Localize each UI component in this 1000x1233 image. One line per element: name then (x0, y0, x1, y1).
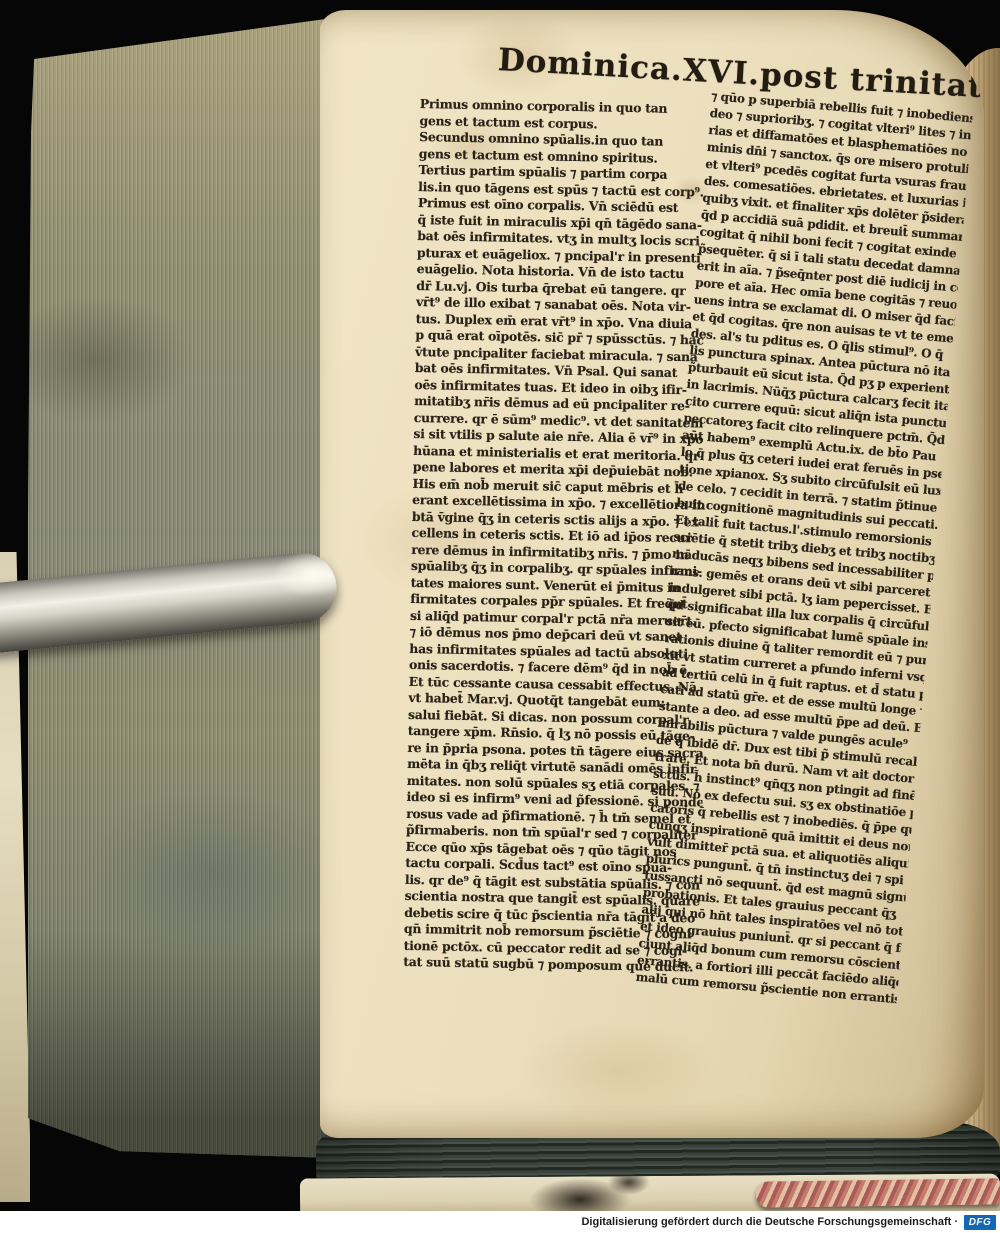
digitization-footer: Digitalisierung gefördert durch die Deut… (0, 1211, 1000, 1233)
digitized-book-photo: Dominica.XVI.post trinitatis Primus omni… (0, 0, 1000, 1233)
book-page: Dominica.XVI.post trinitatis Primus omni… (320, 10, 984, 1138)
footer-credit: Digitalisierung gefördert durch die Deut… (581, 1216, 958, 1228)
endband (756, 1178, 1000, 1207)
dfg-logo: DFG (964, 1215, 996, 1230)
